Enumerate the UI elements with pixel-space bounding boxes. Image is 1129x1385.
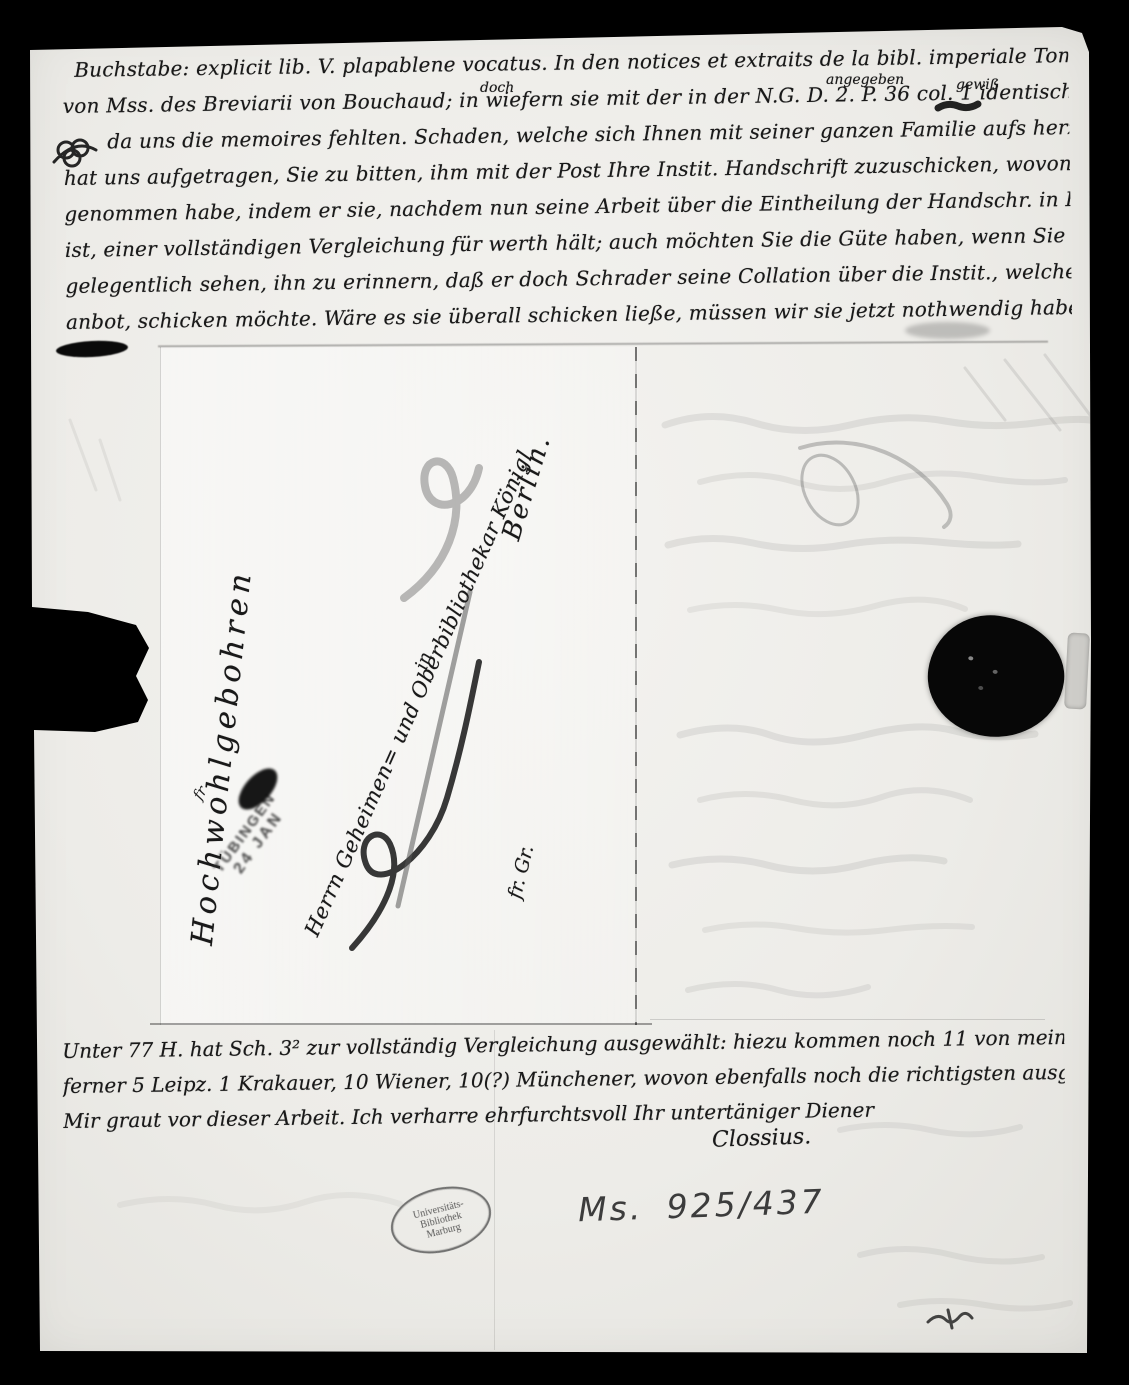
ink-smudge-bottom xyxy=(928,1310,972,1328)
scan-background: Buchstabe: explicit lib. V. plapablene v… xyxy=(0,0,1129,1385)
pencil-flourish xyxy=(791,442,951,534)
interlinear-insertion: doch xyxy=(480,80,514,96)
interlinear-insertion: angegeben xyxy=(826,72,904,88)
bottom-text-block: Unter 77 H. hat Sch. 3² zur vollständig … xyxy=(62,1020,1065,1139)
interlinear-insertion: gewiß xyxy=(956,77,999,93)
seal-paper-tab xyxy=(1064,632,1090,709)
letter-sheet: Buchstabe: explicit lib. V. plapablene v… xyxy=(0,0,1129,1385)
signature: Clossius. xyxy=(712,1124,812,1152)
fold-crease-bottom-ext xyxy=(650,1019,1045,1020)
library-stamp: Universitäts- Bibliothek Marburg xyxy=(384,1177,498,1264)
ink-smudge-left xyxy=(56,339,129,359)
ink-smear-right xyxy=(905,322,990,339)
shelfmark-pencil: Ms. 925/437 xyxy=(577,1182,825,1230)
fold-crease-vertical xyxy=(635,347,637,1025)
fold-crease-bottom xyxy=(150,1023,652,1025)
wax-seal xyxy=(920,607,1072,746)
top-text-block: Buchstabe: explicit lib. V. plapablene v… xyxy=(62,37,1072,340)
